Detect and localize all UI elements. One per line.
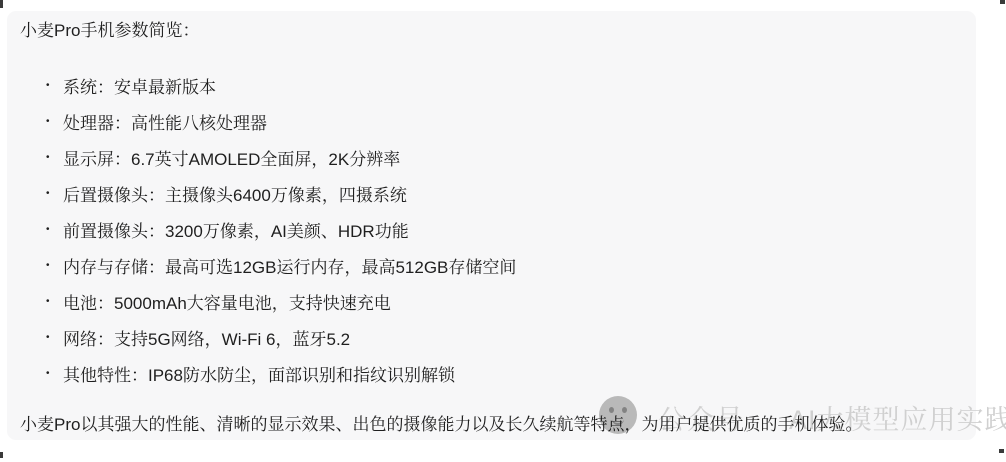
spec-text: 后置摄像头：主摄像头6400万像素，四摄系统 [63, 181, 407, 206]
spec-text: 处理器：高性能八核处理器 [63, 109, 267, 134]
spec-list-item: • 电池：5000mAh大容量电池，支持快速充电 [42, 284, 516, 320]
spec-list-item: • 内存与存储：最高可选12GB运行内存，最高512GB存储空间 [42, 247, 516, 283]
spec-text: 电池：5000mAh大容量电池，支持快速充电 [63, 289, 391, 314]
spec-text: 系统：安卓最新版本 [63, 73, 216, 98]
summary-paragraph: 小麦Pro以其强大的性能、清晰的显示效果、出色的摄像能力以及长久续航等特点，为用… [20, 413, 970, 437]
corner-artifact [0, 0, 3, 8]
bullet-icon: • [42, 332, 63, 343]
bullet-icon: • [42, 116, 63, 127]
bullet-icon: • [42, 80, 63, 91]
bullet-icon: • [42, 368, 63, 379]
corner-artifact [1000, 0, 1005, 4]
spec-text: 显示屏：6.7英寸AMOLED全面屏，2K分辨率 [63, 145, 400, 170]
spec-text: 网络：支持5G网络，Wi-Fi 6，蓝牙5.2 [63, 325, 350, 350]
corner-artifact [999, 449, 1004, 453]
bullet-icon: • [42, 224, 63, 235]
spec-text: 内存与存储：最高可选12GB运行内存，最高512GB存储空间 [63, 253, 516, 278]
spec-list-item: • 后置摄像头：主摄像头6400万像素，四摄系统 [42, 175, 516, 211]
bullet-icon: • [42, 188, 63, 199]
spec-text: 其他特性：IP68防水防尘，面部识别和指纹识别解锁 [63, 361, 455, 386]
spec-list-item: • 其他特性：IP68防水防尘，面部识别和指纹识别解锁 [42, 356, 516, 392]
spec-list-item: • 网络：支持5G网络，Wi-Fi 6，蓝牙5.2 [42, 320, 516, 356]
spec-list-item: • 系统：安卓最新版本 [42, 67, 516, 103]
spec-list-item: • 前置摄像头：3200万像素，AI美颜、HDR功能 [42, 211, 516, 247]
spec-list-item: • 显示屏：6.7英寸AMOLED全面屏，2K分辨率 [42, 139, 516, 175]
bullet-icon: • [42, 260, 63, 271]
spec-text: 前置摄像头：3200万像素，AI美颜、HDR功能 [63, 217, 409, 242]
bullet-icon: • [42, 152, 63, 163]
spec-list-item: • 处理器：高性能八核处理器 [42, 103, 516, 139]
spec-list: • 系统：安卓最新版本 • 处理器：高性能八核处理器 • 显示屏：6.7英寸AM… [42, 67, 516, 392]
bullet-icon: • [42, 296, 63, 307]
corner-artifact [0, 452, 3, 458]
page-title: 小麦Pro手机参数简览： [20, 20, 199, 42]
